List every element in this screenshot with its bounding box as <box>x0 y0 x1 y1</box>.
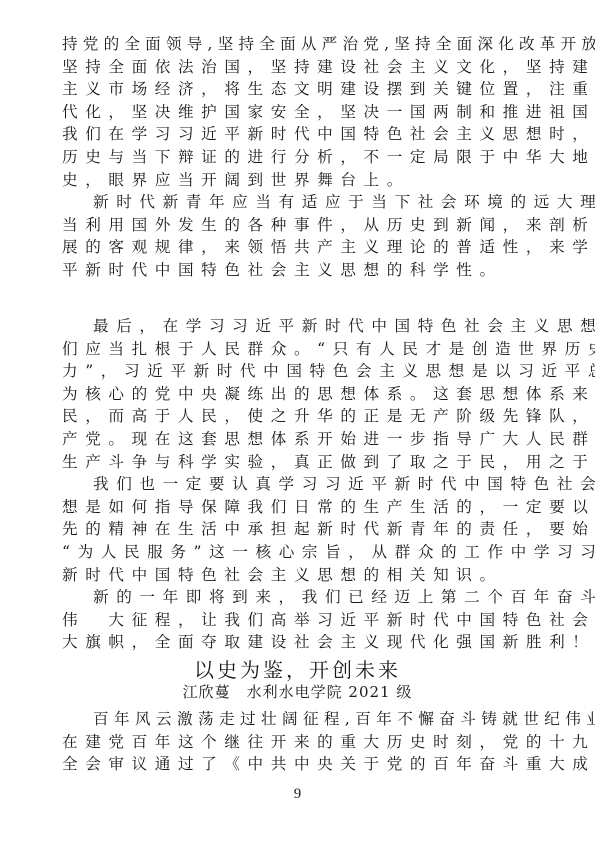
text-line: 在建党百年这个继往开来的重大历史时刻，党的十九届六中 <box>62 731 536 754</box>
text-line: “为人民服务”这一核心宗旨，从群众的工作中学习习近平 <box>62 541 536 564</box>
text-line: 最后，在学习习近平新时代中国特色社会主义思想时，我 <box>62 315 536 338</box>
text-line: 史，眼界应当开阔到世界舞台上。 <box>62 169 536 192</box>
text-line: 民，而高于人民，使之升华的正是无产阶级先锋队，中国共 <box>62 405 536 428</box>
text-line: 大旗帜，全面夺取建设社会主义现代化强国新胜利！ <box>62 631 536 654</box>
section-1-text: 持党的全面领导,坚持全面从严治党,坚持全面深化改革开放, 坚持全面依法治国，坚持… <box>62 33 536 282</box>
article-title: 以史为鉴，开创未来 <box>0 654 595 683</box>
text-line: 想是如何指导保障我们日常的生产生活的，一定要以敢为人 <box>62 496 536 519</box>
text-line: 力”，习近平新时代中国特色会主义思想是以习近平总书记 <box>62 360 536 383</box>
text-line: 新时代新青年应当有适应于当下社会环境的远大理想，应 <box>62 191 536 214</box>
text-line: 我们在学习习近平新时代中国特色社会主义思想时，可以将 <box>62 123 536 146</box>
article-byline: 江欣蔓 水利水电学院 2021 级 <box>0 681 595 702</box>
text-line: 全会审议通过了《中共中央关于党的百年奋斗重大成就和历 <box>62 753 536 776</box>
text-line: 新时代中国特色社会主义思想的相关知识。 <box>62 564 536 587</box>
text-line: 主义市场经济，将生态文明建设摆到关键位置，注重国防现 <box>62 78 536 101</box>
text-line: 历史与当下辩证的进行分析，不一定局限于中华大地上的历 <box>62 146 536 169</box>
text-line: 伟 大征程，让我们高举习近平新时代中国特色社会主义伟 <box>62 609 536 632</box>
text-line: 百年风云激荡走过壮阔征程,百年不懈奋斗铸就世纪伟业。 <box>62 708 536 731</box>
page-number: 9 <box>0 786 595 803</box>
article-body-text: 百年风云激荡走过壮阔征程,百年不懈奋斗铸就世纪伟业。 在建党百年这个继往开来的重… <box>62 708 536 776</box>
text-line: 生产斗争与科学实验，真正做到了取之于民，用之于民。 <box>62 451 536 474</box>
document-page: 持党的全面领导,坚持全面从严治党,坚持全面深化改革开放, 坚持全面依法治国，坚持… <box>0 0 595 842</box>
text-line: 新的一年即将到来，我们已经迈上第二个百年奋斗目标的 <box>62 586 536 609</box>
text-line: 产党。现在这套思想体系开始进一步指导广大人民群众开展 <box>62 428 536 451</box>
text-line: 平新时代中国特色社会主义思想的科学性。 <box>62 259 536 282</box>
text-line: 当利用国外发生的各种事件，从历史到新闻，来剖析社会发 <box>62 214 536 237</box>
text-line: 们应当扎根于人民群众。“只有人民才是创造世界历史的动 <box>62 338 536 361</box>
text-line: 我们也一定要认真学习习近平新时代中国特色社会主义思 <box>62 473 536 496</box>
text-line: 展的客观规律，来领悟共产主义理论的普适性，来学习习近 <box>62 236 536 259</box>
text-line: 持党的全面领导,坚持全面从严治党,坚持全面深化改革开放, <box>62 33 536 56</box>
text-line: 为核心的党中央凝练出的思想体系。这套思想体系来源于人 <box>62 383 536 406</box>
text-line: 先的精神在生活中承担起新时代新青年的责任，要始终牢记 <box>62 518 536 541</box>
text-line: 代化，坚决维护国家安全，坚决一国两制和推进祖国统一。 <box>62 101 536 124</box>
section-2-text: 最后，在学习习近平新时代中国特色社会主义思想时，我 们应当扎根于人民群众。“只有… <box>62 315 536 654</box>
text-line: 坚持全面依法治国，坚持建设社会主义文化，坚持建设社会 <box>62 56 536 79</box>
